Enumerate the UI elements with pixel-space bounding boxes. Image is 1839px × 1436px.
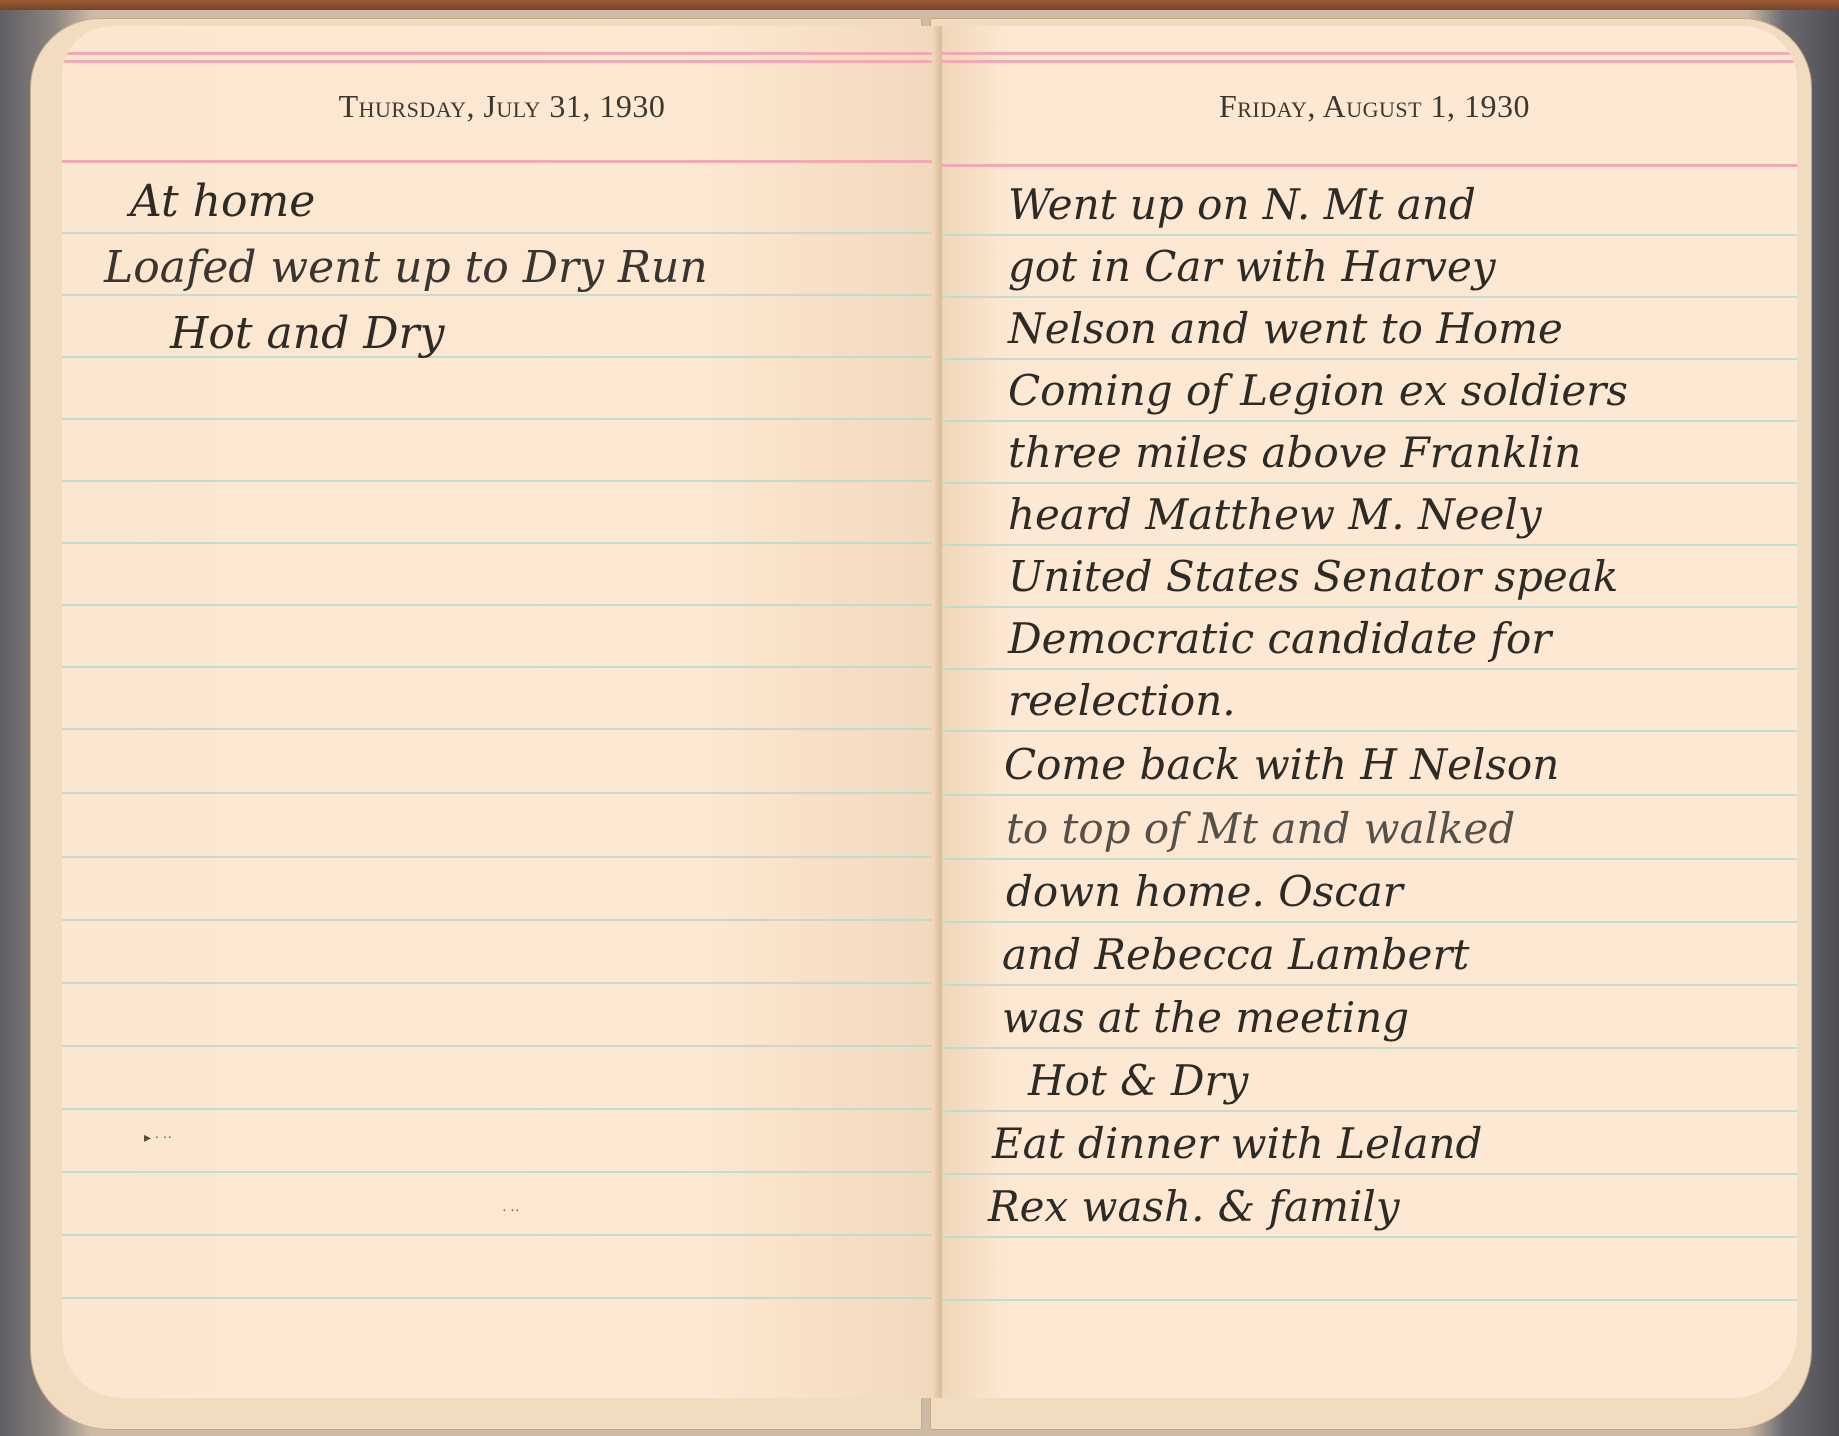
ruled-line: [942, 921, 1797, 923]
ruled-line: [62, 1297, 942, 1299]
ruled-line: [942, 296, 1797, 298]
left-diary-page: Thursday, July 31, 1930 At home Loafed w…: [62, 26, 942, 1398]
header-rule-top: [942, 52, 1797, 55]
ruled-line: [62, 1108, 942, 1110]
ruled-line: [62, 1234, 942, 1236]
header-rule-bottom: [62, 160, 942, 163]
ruled-line: [942, 1173, 1797, 1175]
handwritten-line: Coming of Legion ex soldiers: [1008, 366, 1628, 415]
handwritten-line: to top of Mt and walked: [1006, 804, 1515, 853]
ruled-line: [62, 480, 942, 482]
ruled-line: [62, 418, 942, 420]
handwritten-line: Nelson and went to Home: [1008, 304, 1563, 353]
handwritten-line: and Rebecca Lambert: [1002, 930, 1469, 979]
header-rule-top-2: [942, 60, 1797, 63]
ruled-line: [942, 544, 1797, 546]
handwritten-line: Come back with H Nelson: [1004, 740, 1559, 789]
ruled-line: [62, 856, 942, 858]
handwritten-line: got in Car with Harvey: [1008, 242, 1496, 291]
ruled-line: [62, 666, 942, 668]
ruled-line: [942, 984, 1797, 986]
ruled-line: [942, 668, 1797, 670]
handwritten-line: Loafed went up to Dry Run: [104, 242, 708, 293]
ruled-line: [62, 792, 942, 794]
right-diary-page: Friday, August 1, 1930 Went up on N. Mt …: [942, 26, 1797, 1398]
handwritten-line: Went up on N. Mt and: [1008, 180, 1476, 229]
ink-speck: · ··: [502, 1204, 520, 1220]
ruled-line: [942, 1236, 1797, 1238]
handwritten-line: Eat dinner with Leland: [992, 1119, 1482, 1168]
ruled-line: [942, 234, 1797, 236]
ruled-line: [62, 232, 942, 234]
ruled-line: [62, 919, 942, 921]
header-rule-bottom: [942, 164, 1797, 167]
ruled-line: [942, 1047, 1797, 1049]
left-page-date-header: Thursday, July 31, 1930: [62, 88, 942, 125]
ruled-line: [62, 728, 942, 730]
ruled-line: [942, 730, 1797, 732]
ruled-line: [942, 1299, 1797, 1301]
ink-speck: ▸ · ··: [144, 1130, 172, 1147]
handwritten-line: reelection.: [1008, 676, 1236, 725]
ruled-line: [62, 1045, 942, 1047]
right-page-date-header: Friday, August 1, 1930: [942, 88, 1797, 125]
ruled-line: [62, 1171, 942, 1173]
handwritten-line: heard Matthew M. Neely: [1008, 490, 1542, 539]
ruled-line: [942, 358, 1797, 360]
handwritten-line: down home. Oscar: [1006, 867, 1403, 916]
handwritten-line: Democratic candidate for: [1008, 614, 1551, 663]
ruled-line: [942, 420, 1797, 422]
header-rule-top-2: [62, 60, 942, 63]
ruled-line: [62, 542, 942, 544]
ruled-line: [942, 858, 1797, 860]
ruled-line: [62, 604, 942, 606]
ruled-line: [942, 606, 1797, 608]
handwritten-line: Hot & Dry: [1028, 1056, 1248, 1105]
handwritten-line: At home: [130, 176, 315, 227]
ruled-line: [942, 482, 1797, 484]
handwritten-line: was at the meeting: [1002, 993, 1409, 1042]
handwritten-line: three miles above Franklin: [1008, 428, 1581, 477]
handwritten-line: Rex wash. & family: [988, 1182, 1400, 1231]
ruled-line: [942, 1110, 1797, 1112]
handwritten-line: Hot and Dry: [170, 308, 444, 359]
header-rule-top: [62, 52, 942, 55]
handwritten-line: United States Senator speak: [1008, 552, 1618, 601]
ruled-line: [62, 294, 942, 296]
ruled-line: [942, 794, 1797, 796]
ruled-line: [62, 982, 942, 984]
